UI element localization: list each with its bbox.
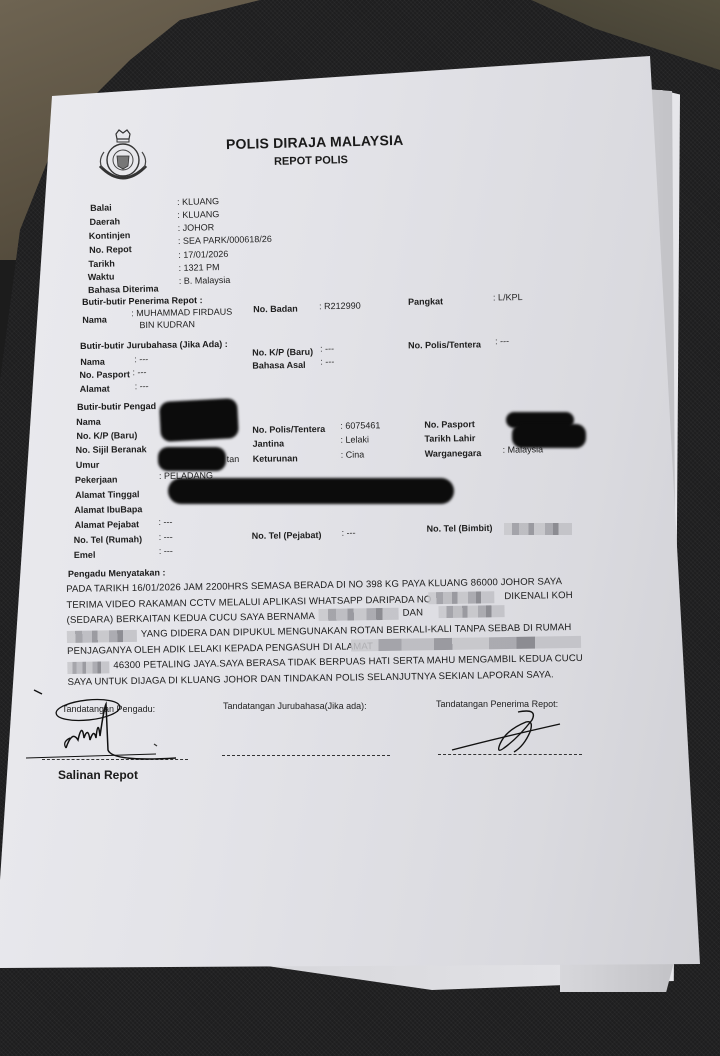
value-interpreter-polis: : --- xyxy=(495,336,509,346)
pixelated-address-cont xyxy=(67,661,109,674)
value-interpreter-alamat: : --- xyxy=(135,381,149,391)
value-tel-rumah: : --- xyxy=(159,532,173,542)
label-complainant-nama: Nama xyxy=(76,417,101,427)
royal-malaysia-police-crest-icon xyxy=(90,128,156,190)
value-no-repot: : SEA PARK/000618/26 xyxy=(178,234,272,246)
value-interpreter-pasport: : --- xyxy=(132,367,146,377)
label-keturunan: Keturunan xyxy=(253,453,298,464)
label-tel-rumah: No. Tel (Rumah) xyxy=(74,534,142,545)
label-complainant-pasport: No. Pasport xyxy=(424,419,475,430)
value-balai: : KLUANG xyxy=(177,196,219,207)
label-kontinjen: Kontinjen xyxy=(89,230,131,241)
label-warganegara: Warganegara xyxy=(425,448,482,459)
report-content: POLIS DIRAJA MALAYSIA REPOT POLIS Balai … xyxy=(0,0,720,1056)
pixelated-grandchild-name-2-cont xyxy=(67,630,137,643)
pixelated-mobile-number xyxy=(504,523,572,535)
value-receiver-nama-1: : MUHAMMAD FIRDAUS xyxy=(131,307,232,319)
label-interpreter-alamat: Alamat xyxy=(80,384,110,394)
label-no-repot: No. Repot xyxy=(89,244,132,255)
redacted-birth-date xyxy=(512,424,586,448)
value-waktu: : 1321 PM xyxy=(178,262,219,273)
value-complainant-polis: : 6075461 xyxy=(340,420,380,430)
statement-heading: Pengadu Menyatakan : xyxy=(68,567,166,579)
statement-line-7: SAYA UNTUK DIJAGA DI KLUANG JOHOR DAN TI… xyxy=(68,669,554,688)
label-tel-pejabat: No. Tel (Pejabat) xyxy=(252,530,322,541)
label-interpreter-bahasa: Bahasa Asal xyxy=(252,360,305,371)
interpreter-section-heading: Butir-butir Jurubahasa (Jika Ada) : xyxy=(80,339,228,351)
label-interpreter-pasport: No. Pasport xyxy=(79,369,130,380)
label-interpreter-nama: Nama xyxy=(80,357,105,367)
label-tel-bimbit: No. Tel (Bimbit) xyxy=(427,523,493,534)
label-alamat-pejabat: Alamat Pejabat xyxy=(74,519,139,530)
pixelated-grandchild-name-2 xyxy=(438,605,504,618)
redacted-birth-cert xyxy=(158,447,226,471)
value-interpreter-kp: : --- xyxy=(320,343,334,353)
label-receiver-nama: Nama xyxy=(82,315,107,325)
value-receiver-nama-2: BIN KUDRAN xyxy=(139,319,195,330)
page-title: POLIS DIRAJA MALAYSIA xyxy=(226,132,404,152)
label-tarikh: Tarikh xyxy=(88,258,115,269)
label-interpreter-kp: No. K/P (Baru) xyxy=(252,347,313,358)
label-complainant-pekerjaan: Pekerjaan xyxy=(75,474,118,485)
redacted-address xyxy=(168,478,454,504)
value-keturunan: : Cina xyxy=(341,449,365,459)
value-interpreter-nama: : --- xyxy=(134,354,148,364)
redacted-name xyxy=(159,398,239,442)
statement-line-6: 46300 PETALING JAYA.SAYA BERASA TIDAK BE… xyxy=(113,653,583,671)
value-emel: : --- xyxy=(159,546,173,556)
label-bahasa-diterima: Bahasa Diterima xyxy=(88,283,159,295)
label-pangkat: Pangkat xyxy=(408,296,443,307)
value-kontinjen: : JOHOR xyxy=(178,222,215,233)
statement-line-3: (SEDARA) BERKAITAN KEDUA CUCU SAYA BERNA… xyxy=(67,611,316,626)
signature-label-interpreter: Tandatangan Jurubahasa(Jika ada): xyxy=(223,701,367,711)
pixelated-caretaker-address xyxy=(351,636,581,652)
value-tarikh: : 17/01/2026 xyxy=(178,249,228,260)
label-complainant-umur: Umur xyxy=(76,460,100,470)
label-complainant-sijil: No. Sijil Beranak xyxy=(76,444,147,455)
value-pangkat: : L/KPL xyxy=(493,292,523,302)
page-subtitle: REPOT POLIS xyxy=(274,154,348,168)
receiver-signature-icon xyxy=(448,708,568,758)
signature-line-interpreter xyxy=(222,755,390,756)
label-waktu: Waktu xyxy=(88,271,115,282)
label-interpreter-polis: No. Polis/Tentera xyxy=(408,339,481,350)
label-tarikh-lahir: Tarikh Lahir xyxy=(424,433,475,444)
value-complainant-umur-suffix: tan xyxy=(227,454,240,464)
statement-line-5: PENJAGANYA OLEH ADIK LELAKI KEPADA PENGA… xyxy=(67,641,373,657)
value-daerah: : KLUANG xyxy=(177,209,219,220)
label-alamat-ibubapa: Alamat IbuBapa xyxy=(74,504,142,515)
label-complainant-polis: No. Polis/Tentera xyxy=(252,424,325,435)
label-daerah: Daerah xyxy=(89,216,120,227)
statement-line-2-end: DIKENALI KOH xyxy=(504,590,573,602)
label-jantina: Jantina xyxy=(252,438,284,448)
label-complainant-kp: No. K/P (Baru) xyxy=(76,430,137,441)
label-emel: Emel xyxy=(74,550,96,560)
pixelated-grandchild-name-1 xyxy=(318,608,398,621)
copy-label: Salinan Repot xyxy=(58,768,138,782)
value-interpreter-bahasa: : --- xyxy=(320,356,334,366)
value-jantina: : Lelaki xyxy=(340,434,369,444)
statement-line-3-dan: DAN xyxy=(402,607,423,618)
pixelated-phone-number xyxy=(428,591,494,604)
value-alamat-pejabat: : --- xyxy=(158,517,172,527)
value-tel-pejabat: : --- xyxy=(342,528,356,538)
value-no-badan: : R212990 xyxy=(319,301,361,312)
value-bahasa-diterima: : B. Malaysia xyxy=(179,275,231,286)
label-no-badan: No. Badan xyxy=(253,304,298,315)
complainant-signature-icon xyxy=(26,688,206,768)
complainant-section-heading: Butir-butir Pengad xyxy=(77,401,156,412)
receiver-section-heading: Butir-butir Penerima Repot : xyxy=(82,295,203,307)
label-alamat-tinggal: Alamat Tinggal xyxy=(75,489,139,500)
label-balai: Balai xyxy=(90,203,112,213)
